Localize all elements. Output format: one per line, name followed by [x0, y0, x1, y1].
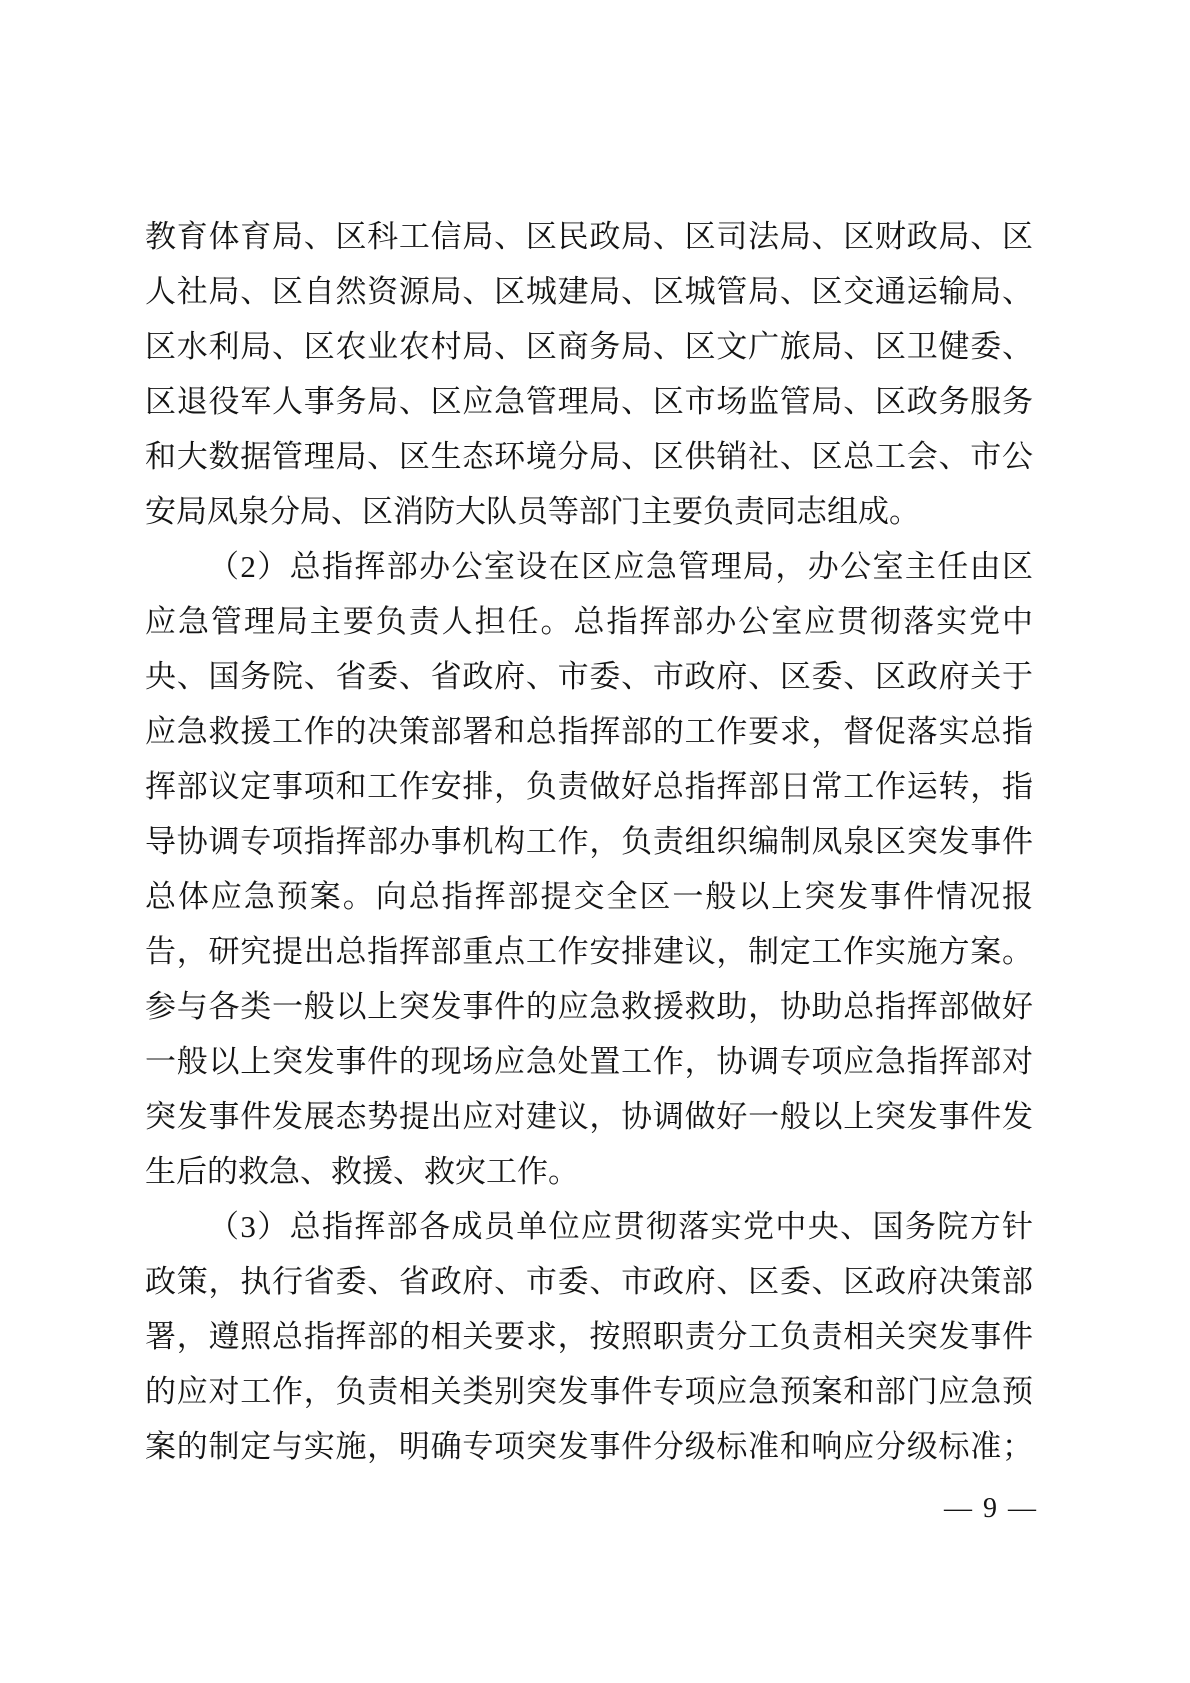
- document-page: 教育体育局、区科工信局、区民政局、区司法局、区财政局、区 人社局、区自然资源局、…: [0, 0, 1190, 1683]
- text-line: 人社局、区自然资源局、区城建局、区城管局、区交通运输局、: [145, 264, 1033, 319]
- text-line: 突发事件发展态势提出应对建议，协调做好一般以上突发事件发: [145, 1089, 1033, 1144]
- text-line: 挥部议定事项和工作安排，负责做好总指挥部日常工作运转，指: [145, 759, 1033, 814]
- text-line: 参与各类一般以上突发事件的应急救援救助，协助总指挥部做好: [145, 979, 1033, 1034]
- text-line: 应急管理局主要负责人担任。总指挥部办公室应贯彻落实党中: [145, 594, 1033, 649]
- text-line: 告，研究提出总指挥部重点工作安排建议，制定工作实施方案。: [145, 924, 1033, 979]
- text-line: 政策，执行省委、省政府、市委、市政府、区委、区政府决策部: [145, 1254, 1033, 1309]
- text-line: （3）总指挥部各成员单位应贯彻落实党中央、国务院方针: [145, 1199, 1033, 1254]
- text-line: 总体应急预案。向总指挥部提交全区一般以上突发事件情况报: [145, 869, 1033, 924]
- page-number: — 9 —: [944, 1492, 1038, 1526]
- text-line: 案的制定与实施，明确专项突发事件分级标准和响应分级标准；: [145, 1419, 1033, 1474]
- text-line: 应急救援工作的决策部署和总指挥部的工作要求，督促落实总指: [145, 704, 1033, 759]
- text-line: 区退役军人事务局、区应急管理局、区市场监管局、区政务服务: [145, 374, 1033, 429]
- text-line: 生后的救急、救援、救灾工作。: [145, 1144, 1033, 1199]
- text-line: 署，遵照总指挥部的相关要求，按照职责分工负责相关突发事件: [145, 1309, 1033, 1364]
- text-line: （2）总指挥部办公室设在区应急管理局，办公室主任由区: [145, 539, 1033, 594]
- text-line: 央、国务院、省委、省政府、市委、市政府、区委、区政府关于: [145, 649, 1033, 704]
- text-line: 导协调专项指挥部办事机构工作，负责组织编制凤泉区突发事件: [145, 814, 1033, 869]
- text-line: 的应对工作，负责相关类别突发事件专项应急预案和部门应急预: [145, 1364, 1033, 1419]
- text-line: 教育体育局、区科工信局、区民政局、区司法局、区财政局、区: [145, 209, 1033, 264]
- document-body: 教育体育局、区科工信局、区民政局、区司法局、区财政局、区 人社局、区自然资源局、…: [145, 209, 1033, 1474]
- text-line: 区水利局、区农业农村局、区商务局、区文广旅局、区卫健委、: [145, 319, 1033, 374]
- text-line: 安局凤泉分局、区消防大队员等部门主要负责同志组成。: [145, 484, 1033, 539]
- text-line: 一般以上突发事件的现场应急处置工作，协调专项应急指挥部对: [145, 1034, 1033, 1089]
- text-line: 和大数据管理局、区生态环境分局、区供销社、区总工会、市公: [145, 429, 1033, 484]
